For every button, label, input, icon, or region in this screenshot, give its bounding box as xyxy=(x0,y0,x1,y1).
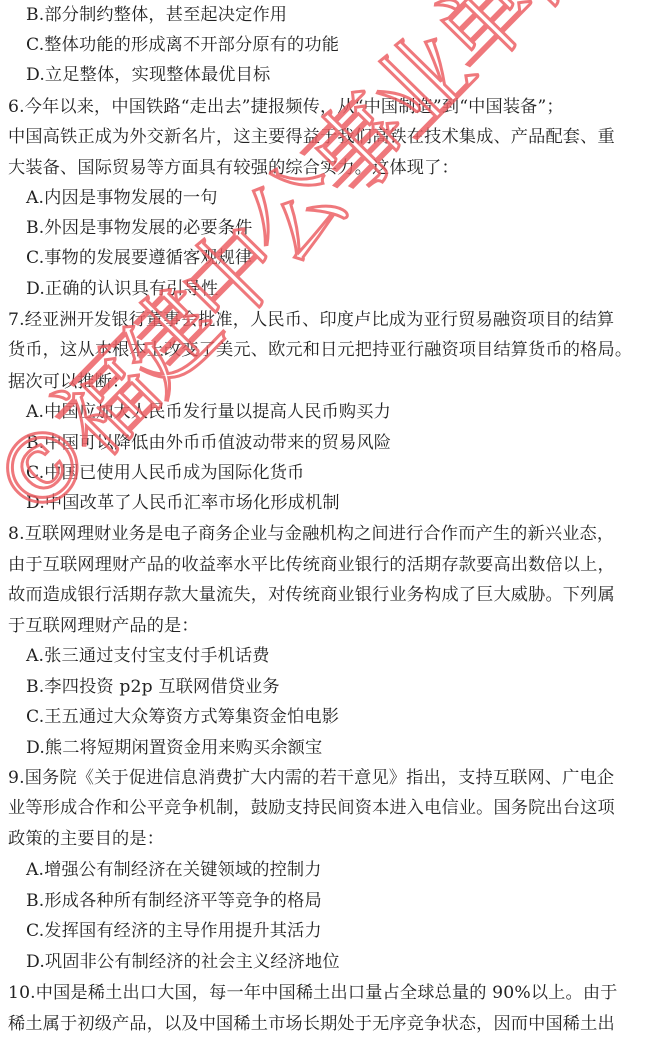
question-10-cont-1: 稀土属于初级产品，以及中国稀土市场长期处于无序竞争状态，因而中国稀土出 xyxy=(0,1009,666,1039)
question-9-cont-2: 政策的主要目的是： xyxy=(0,824,666,854)
option-9c: C.发挥国有经济的主导作用提升其活力 xyxy=(0,916,666,946)
option-6b: B.外因是事物发展的必要条件 xyxy=(0,213,666,243)
question-7-cont-2: 据次可以推断： xyxy=(0,367,666,397)
document-page: B.部分制约整体，甚至起决定作用 C.整体功能的形成离不开部分原有的功能 D.立… xyxy=(0,0,666,1060)
question-9: 9.国务院《关于促进信息消费扩大内需的若干意见》指出，支持互联网、广电企 xyxy=(0,763,666,793)
question-8-cont-1: 由于互联网理财产品的收益率水平比传统商业银行的活期存款要高出数倍以上， xyxy=(0,550,666,580)
option-6c: C.事物的发展要遵循客观规律 xyxy=(0,243,666,273)
question-7: 7.经亚洲开发银行董事会批准，人民币、印度卢比成为亚行贸易融资项目的结算 xyxy=(0,305,666,335)
option-5b: B.部分制约整体，甚至起决定作用 xyxy=(0,0,666,30)
question-8: 8.互联网理财业务是电子商务企业与金融机构之间进行合作而产生的新兴业态， xyxy=(0,519,666,549)
option-7c: C.中国已使用人民币成为国际化货币 xyxy=(0,458,666,488)
option-7b: B.中国可以降低由外币币值波动带来的贸易风险 xyxy=(0,428,666,458)
option-8c: C.王五通过大众筹资方式筹集资金怕电影 xyxy=(0,702,666,732)
option-7a: A.中国应加大人民币发行量以提高人民币购买力 xyxy=(0,397,666,427)
option-8d: D.熊二将短期闲置资金用来购买余额宝 xyxy=(0,733,666,763)
question-8-cont-3: 于互联网理财产品的是： xyxy=(0,611,666,641)
option-6d: D.正确的认识具有引导性 xyxy=(0,274,666,304)
option-5d: D.立足整体，实现整体最优目标 xyxy=(0,60,666,90)
question-7-cont-1: 货币，这从本根本上改变了美元、欧元和日元把持亚行融资项目结算货币的格局。 xyxy=(0,335,666,365)
question-10: 10.中国是稀土出口大国，每一年中国稀土出口量占全球总量的 90%以上。由于 xyxy=(0,978,666,1008)
option-9a: A.增强公有制经济在关键领域的控制力 xyxy=(0,855,666,885)
question-9-cont-1: 业等形成合作和公平竞争机制，鼓励支持民间资本进入电信业。国务院出台这项 xyxy=(0,793,666,823)
question-6-cont-2: 大装备、国际贸易等方面具有较强的综合实力。这体现了： xyxy=(0,153,666,183)
option-8b: B.李四投资 p2p 互联网借贷业务 xyxy=(0,672,666,702)
option-6a: A.内因是事物发展的一句 xyxy=(0,183,666,213)
option-9b: B.形成各种所有制经济平等竞争的格局 xyxy=(0,886,666,916)
option-8a: A.张三通过支付宝支付手机话费 xyxy=(0,641,666,671)
option-9d: D.巩固非公有制经济的社会主义经济地位 xyxy=(0,947,666,977)
question-6: 6.今年以来，中国铁路“走出去”捷报频传，从“中国制造”到“中国装备”； xyxy=(0,92,666,122)
option-7d: D.中国改革了人民币汇率市场化形成机制 xyxy=(0,488,666,518)
question-8-cont-2: 故而造成银行活期存款大量流失，对传统商业银行业务构成了巨大威胁。下列属 xyxy=(0,580,666,610)
question-6-cont-1: 中国高铁正成为外交新名片，这主要得益于我们高铁在技术集成、产品配套、重 xyxy=(0,122,666,152)
option-5c: C.整体功能的形成离不开部分原有的功能 xyxy=(0,30,666,60)
